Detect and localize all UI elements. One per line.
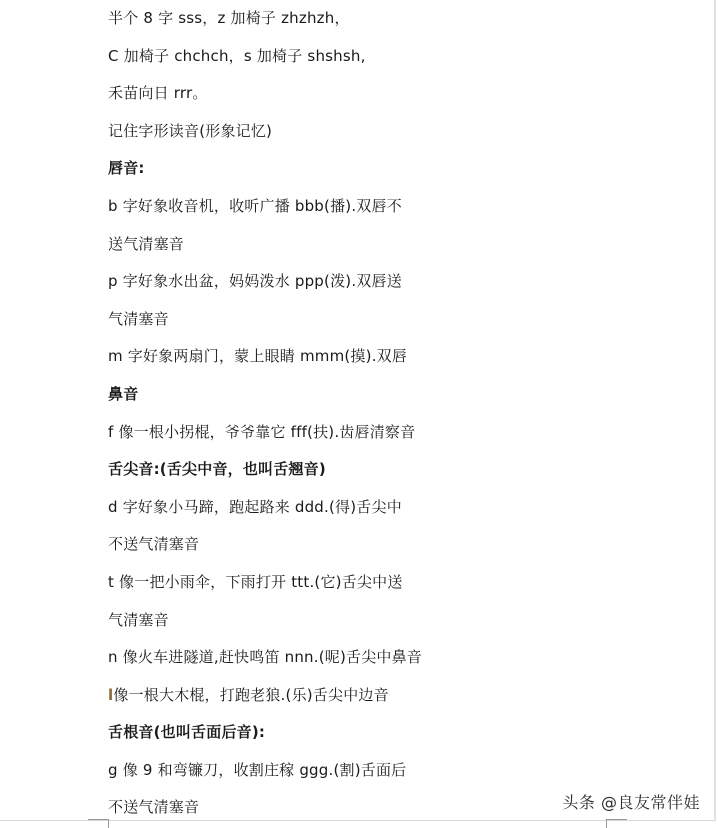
document-page: 半个 8 字 sss，z 加椅子 zhzhzh， C 加椅子 chchch，s … [0,0,716,821]
text-line: m 字好象两扇门，蒙上眼睛 mmm(摸).双唇 [108,343,688,381]
text-line: 不送气清塞音 [108,531,688,569]
section-heading-labial: 唇音: [108,155,688,193]
text-line: 送气清塞音 [108,231,688,269]
text-line: d 字好象小马蹄，跑起路来 ddd.(得)舌尖中 [108,494,688,532]
section-heading-velar: 舌根音(也叫舌面后音): [108,719,688,757]
text-line: p 字好象水出盆，妈妈泼水 ppp(泼).双唇送 [108,268,688,306]
text-line: 禾苗向日 rrr。 [108,80,688,118]
document-body[interactable]: 半个 8 字 sss，z 加椅子 zhzhzh， C 加椅子 chchch，s … [108,5,688,828]
text-line: t 像一把小雨伞，下雨打开 ttt.(它)舌尖中送 [108,569,688,607]
text-line: 气清塞音 [108,306,688,344]
crop-mark-right [606,819,627,828]
section-heading-nasal: 鼻音 [108,381,688,419]
text-line: 半个 8 字 sss，z 加椅子 zhzhzh， [108,5,688,43]
text-line: C 加椅子 chchch，s 加椅子 shshsh, [108,43,688,81]
text-line: n 像火车进隧道,赶快鸣笛 nnn.(呢)舌尖中鼻音 [108,644,688,682]
text-line: g 像 9 和弯镰刀，收割庄稼 ggg.(割)舌面后 [108,757,688,795]
watermark: 头条 @良友常伴娃 [562,790,700,813]
text-line: b 字好象收音机，收听广播 bbb(播).双唇不 [108,193,688,231]
section-heading-apical: 舌尖音:(舌尖中音，也叫舌翘音) [108,456,688,494]
text-line: 记住字形读音(形象记忆) [108,118,688,156]
text-line: f 像一根小拐棍，爷爷靠它 fff(扶).齿唇清察音 [108,419,688,457]
text-line: 气清塞音 [108,607,688,645]
text-line: l像一根大木棍，打跑老狼.(乐)舌尖中边音 [108,682,688,720]
text-line-content: 像一根大木棍，打跑老狼.(乐)舌尖中边音 [113,686,388,704]
crop-mark-left [88,819,109,828]
